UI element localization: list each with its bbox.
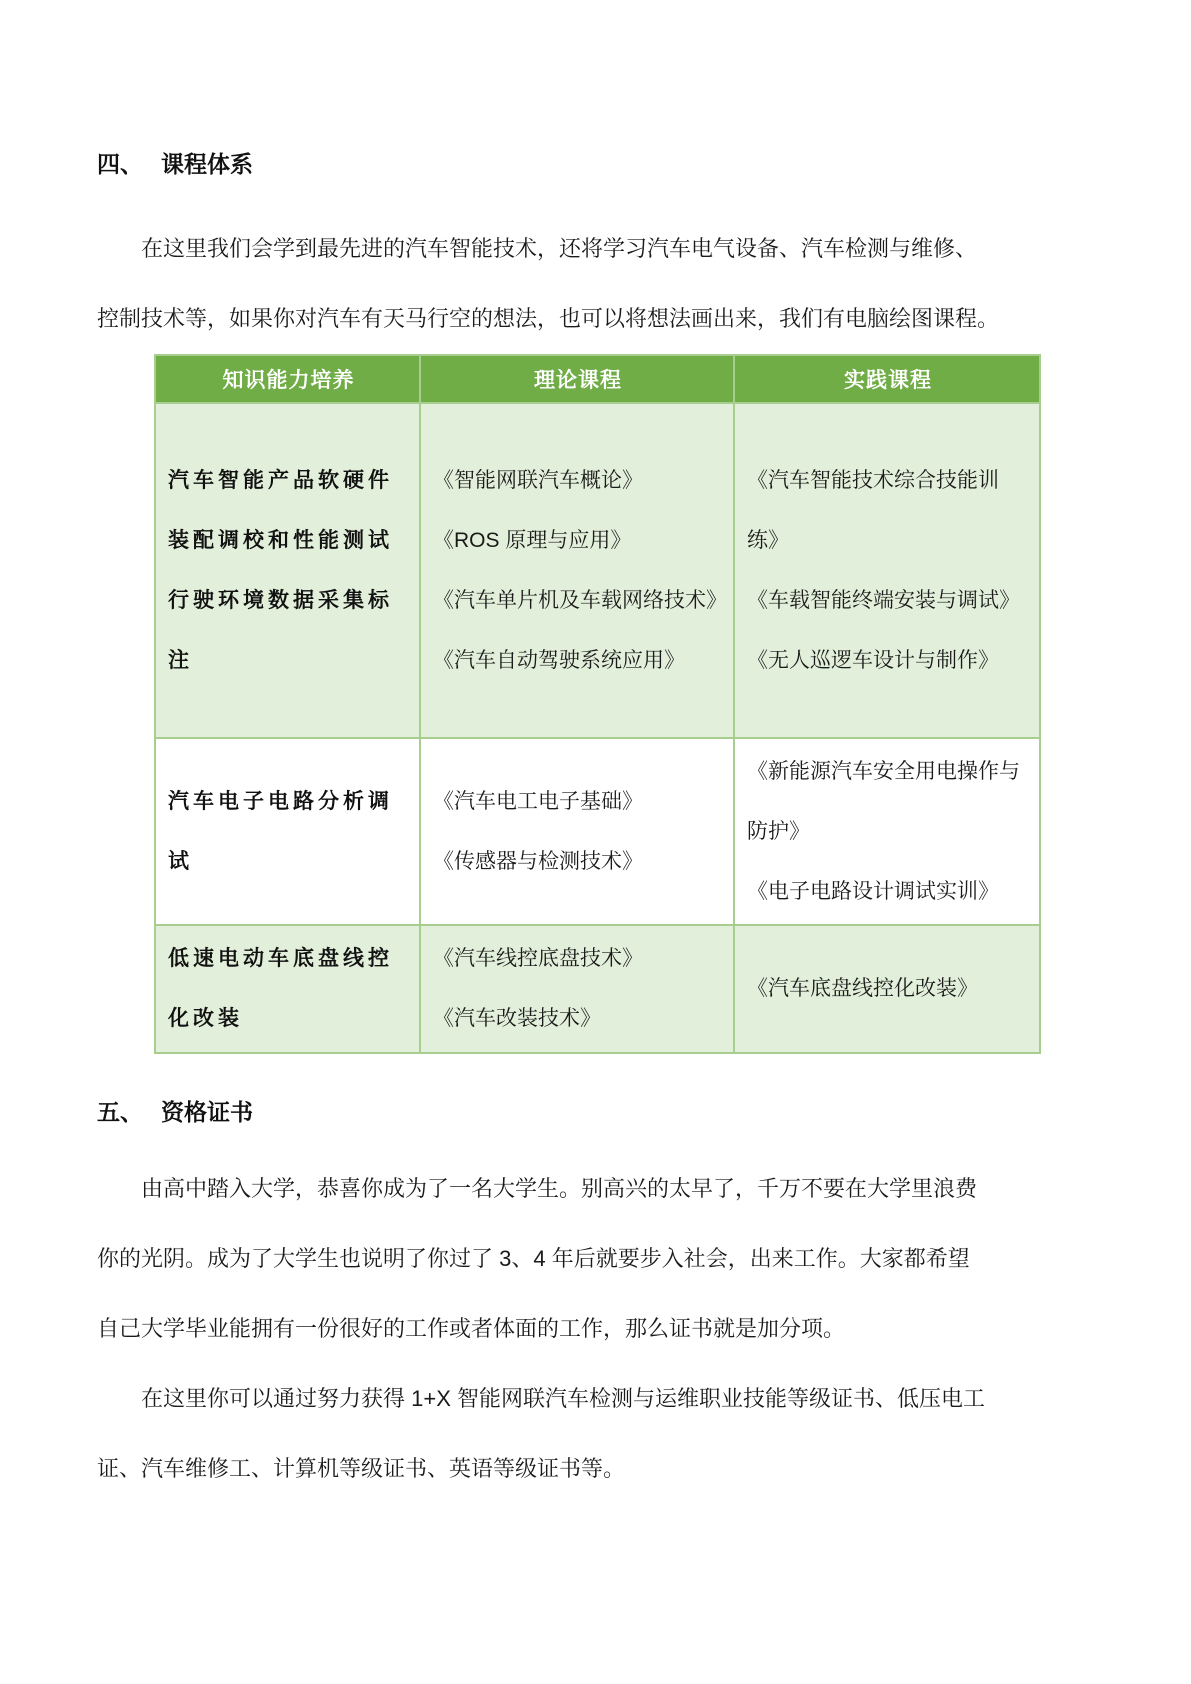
section4-paragraph: 在这里我们会学到最先进的汽车智能技术，还将学习汽车电气设备、汽车检测与维修、 控… <box>97 214 1094 354</box>
course-title: 《汽车改装技术》 <box>433 989 723 1049</box>
table-row: 汽车智能产品软硬件装配调校和性能测试行驶环境数据采集标注 《智能网联汽车概论》 … <box>155 403 1040 738</box>
course-title: 《汽车电工电子基础》 <box>433 772 723 832</box>
paragraph-line: 由高中踏入大学，恭喜你成为了一名大学生。别高兴的太早了，千万不要在大学里浪费 <box>97 1154 1094 1224</box>
header-theory-courses: 理论课程 <box>420 355 734 403</box>
section4-number: 四、 <box>97 148 143 180</box>
section5-paragraph-1: 由高中踏入大学，恭喜你成为了一名大学生。别高兴的太早了，千万不要在大学里浪费 你… <box>97 1154 1094 1364</box>
paragraph-line: 控制技术等，如果你对汽车有天马行空的想法，也可以将想法画出来，我们有电脑绘图课程… <box>97 284 1094 354</box>
table-header-row: 知识能力培养 理论课程 实践课程 <box>155 355 1040 403</box>
section4-title: 课程体系 <box>161 148 253 180</box>
header-practice-courses: 实践课程 <box>734 355 1040 403</box>
practice-cell: 《新能源汽车安全用电操作与防护》 《电子电路设计调试实训》 <box>734 738 1040 925</box>
paragraph-line: 在这里你可以通过努力获得 1+X 智能网联汽车检测与运维职业技能等级证书、低压电… <box>97 1364 1094 1434</box>
practice-cell: 《汽车底盘线控化改装》 <box>734 925 1040 1053</box>
course-title: 《车载智能终端安装与调试》 <box>747 571 1029 631</box>
section5-title: 资格证书 <box>161 1096 253 1128</box>
table-row: 汽车电子电路分析调试 《汽车电工电子基础》 《传感器与检测技术》 《新能源汽车安… <box>155 738 1040 925</box>
course-title: 《智能网联汽车概论》 <box>433 451 723 511</box>
course-title: 《无人巡逻车设计与制作》 <box>747 631 1029 691</box>
course-table: 知识能力培养 理论课程 实践课程 汽车智能产品软硬件装配调校和性能测试行驶环境数… <box>154 354 1041 1054</box>
course-title: 《电子电路设计调试实训》 <box>747 862 1029 922</box>
theory-cell: 《智能网联汽车概论》 《ROS 原理与应用》 《汽车单片机及车载网络技术》 《汽… <box>420 403 734 738</box>
course-title: 《汽车智能技术综合技能训练》 <box>747 451 1029 571</box>
course-title: 《汽车线控底盘技术》 <box>433 929 723 989</box>
document-page: { "colors": { "header_bg": "#70AD47", "r… <box>0 0 1191 1684</box>
paragraph-line: 自己大学毕业能拥有一份很好的工作或者体面的工作，那么证书就是加分项。 <box>97 1294 1094 1364</box>
paragraph-line: 你的光阴。成为了大学生也说明了你过了 3、4 年后就要步入社会，出来工作。大家都… <box>97 1224 1094 1294</box>
section5-heading: 五、 资格证书 <box>97 1096 1094 1128</box>
paragraph-line: 在这里我们会学到最先进的汽车智能技术，还将学习汽车电气设备、汽车检测与维修、 <box>97 214 1094 284</box>
section5-paragraph-2: 在这里你可以通过努力获得 1+X 智能网联汽车检测与运维职业技能等级证书、低压电… <box>97 1364 1094 1504</box>
section5-number: 五、 <box>97 1096 143 1128</box>
page: 四、 课程体系 在这里我们会学到最先进的汽车智能技术，还将学习汽车电气设备、汽车… <box>0 0 1191 1684</box>
theory-cell: 《汽车电工电子基础》 《传感器与检测技术》 <box>420 738 734 925</box>
course-title: 《新能源汽车安全用电操作与防护》 <box>747 742 1029 862</box>
practice-cell: 《汽车智能技术综合技能训练》 《车载智能终端安装与调试》 《无人巡逻车设计与制作… <box>734 403 1040 738</box>
course-title: 《传感器与检测技术》 <box>433 832 723 892</box>
course-title: 《汽车自动驾驶系统应用》 <box>433 631 723 691</box>
header-knowledge-ability: 知识能力培养 <box>155 355 420 403</box>
course-title: 《汽车底盘线控化改装》 <box>747 959 1029 1019</box>
table-row: 低速电动车底盘线控化改装 《汽车线控底盘技术》 《汽车改装技术》 《汽车底盘线控… <box>155 925 1040 1053</box>
course-title: 《ROS 原理与应用》 <box>433 511 723 571</box>
ability-cell: 低速电动车底盘线控化改装 <box>155 925 420 1053</box>
ability-cell: 汽车智能产品软硬件装配调校和性能测试行驶环境数据采集标注 <box>155 403 420 738</box>
theory-cell: 《汽车线控底盘技术》 《汽车改装技术》 <box>420 925 734 1053</box>
paragraph-line: 证、汽车维修工、计算机等级证书、英语等级证书等。 <box>97 1434 1094 1504</box>
ability-cell: 汽车电子电路分析调试 <box>155 738 420 925</box>
section4-heading: 四、 课程体系 <box>97 148 1094 180</box>
course-title: 《汽车单片机及车载网络技术》 <box>433 571 723 631</box>
